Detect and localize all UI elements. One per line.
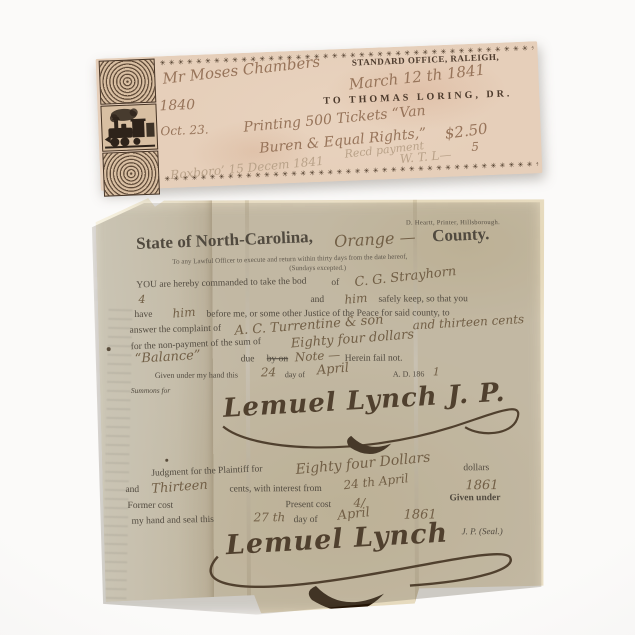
receipt-year-handwriting: 1840	[159, 97, 195, 114]
receipt-amount-tail-flourish: 5	[471, 140, 479, 154]
guilloche-roundel-bottom-icon	[102, 150, 160, 196]
guilloche-roundel-top-icon	[99, 59, 157, 105]
receipt-document: ✳✳✳✳✳✳✳✳✳✳✳✳✳✳✳✳✳✳✳✳✳✳✳✳✳✳✳✳✳✳✳✳✳✳✳✳✳✳✳✳…	[96, 41, 543, 191]
receipt-amount-handwriting: $2.50	[444, 119, 489, 142]
warrant-shadow	[90, 198, 546, 617]
locomotive-vignette-icon	[100, 104, 158, 152]
photo-stage: ✳✳✳✳✳✳✳✳✳✳✳✳✳✳✳✳✳✳✳✳✳✳✳✳✳✳✳✳✳✳✳✳✳✳✳✳✳✳✳✳…	[0, 0, 635, 635]
receipt-entry-date-handwriting: Oct. 23.	[160, 122, 209, 138]
engraving-strip	[99, 58, 162, 196]
